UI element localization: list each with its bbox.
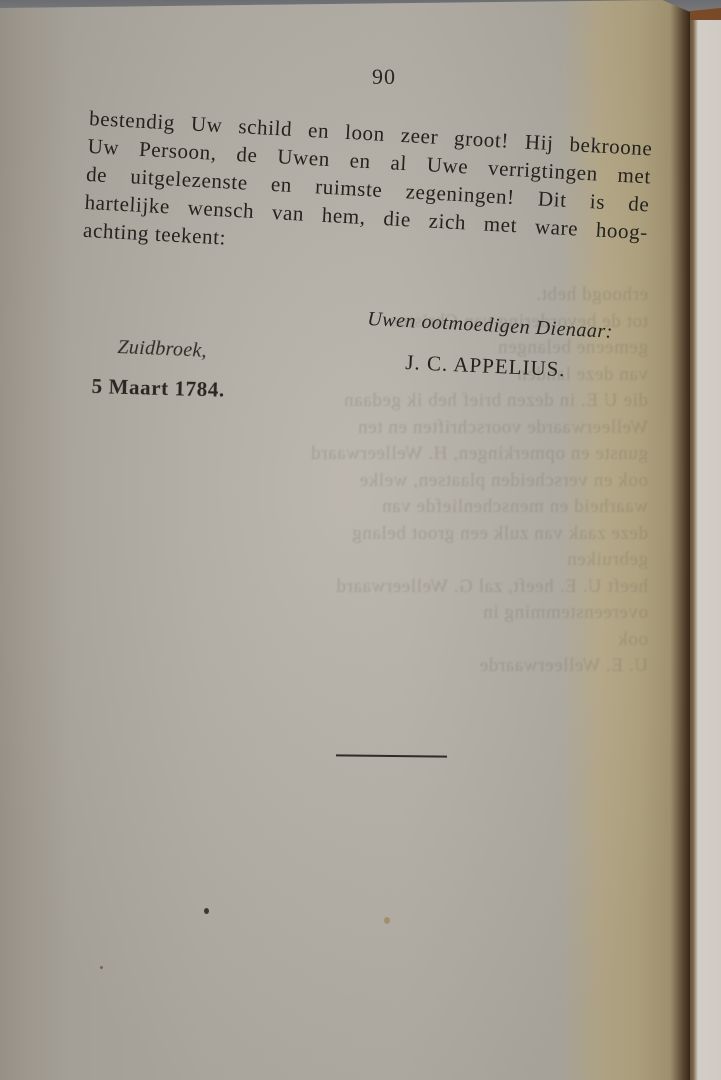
next-page-edge: [690, 20, 721, 1080]
letter-date: 5 Maart 1784.: [91, 374, 225, 403]
bleed-line: U. E. Welleerwaarde: [88, 653, 648, 680]
bleed-line: ook en verscheiden plaatsen, welke: [88, 468, 648, 495]
place-name: Zuidbroek,: [117, 336, 207, 363]
bleed-line: gunste en opmerkingen, H. Welleerwaard: [88, 441, 648, 468]
bleed-line: overeenstemming in: [88, 600, 648, 627]
bleed-line: ook: [88, 627, 648, 654]
paper-spot: [384, 917, 390, 924]
bleed-line: heeft U. E. heeft, zal G. Welleerwaard: [88, 574, 648, 601]
paper-spot: [100, 966, 103, 969]
paper-spot: [204, 908, 209, 914]
section-divider: [336, 754, 447, 757]
book-page: erhoogd hebt. tot de bevordering van Chr…: [0, 0, 690, 1080]
bleed-line: gebruiken: [88, 547, 648, 574]
page-number: 90: [372, 64, 396, 90]
bleed-line: waarheid en menschenliefde van: [88, 494, 648, 521]
bleed-line: erhoogd hebt.: [88, 282, 648, 309]
bleed-line: deze zaak van zulk een groot belang: [88, 521, 648, 548]
bleed-line: Welleerwaarde voorschriften en ten: [88, 415, 648, 442]
body-paragraph: bestendig Uw schild en loon zeer groot! …: [82, 104, 653, 274]
book-photo: erhoogd hebt. tot de bevordering van Chr…: [0, 0, 721, 1080]
